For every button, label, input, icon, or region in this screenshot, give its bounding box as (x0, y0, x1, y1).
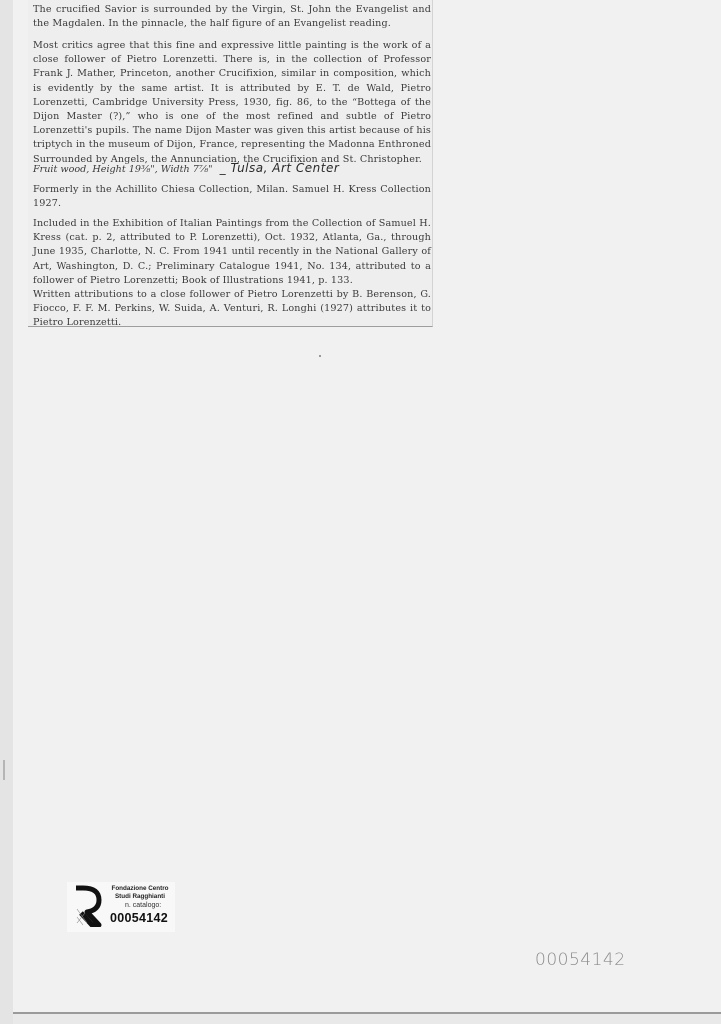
description-paragraph: The crucified Savior is surrounded by th… (33, 3, 431, 31)
page-left-edge (0, 0, 13, 1024)
pencil-inventory-number: 00054142 (535, 950, 626, 970)
catalog-label: n. catalogo: (125, 902, 161, 909)
ragghianti-logo-icon (73, 885, 107, 927)
edge-mark (3, 760, 5, 780)
provenance-paragraph: Formerly in the Achillito Chiesa Collect… (33, 183, 431, 211)
pasted-text-slip: The crucified Savior is surrounded by th… (28, 0, 433, 327)
speck (319, 355, 321, 357)
exhibition-paragraph: Included in the Exhibition of Italian Pa… (33, 217, 431, 288)
attribution-paragraph: Most critics agree that this fine and ex… (33, 39, 431, 167)
catalog-number: 00054142 (110, 911, 168, 925)
handwritten-location-note: _ Tulsa, Art Center (220, 161, 340, 175)
archive-stamp: Fondazione Centro Studi Ragghianti n. ca… (67, 882, 175, 932)
dimensions-line: Fruit wood, Height 19⅜", Width 7⅞" _ Tul… (33, 161, 339, 175)
dimensions-text: Fruit wood, Height 19⅜", Width 7⅞" (33, 164, 213, 175)
organization-name: Fondazione Centro Studi Ragghianti (107, 885, 173, 901)
written-attributions-paragraph: Written attributions to a close follower… (33, 288, 431, 331)
